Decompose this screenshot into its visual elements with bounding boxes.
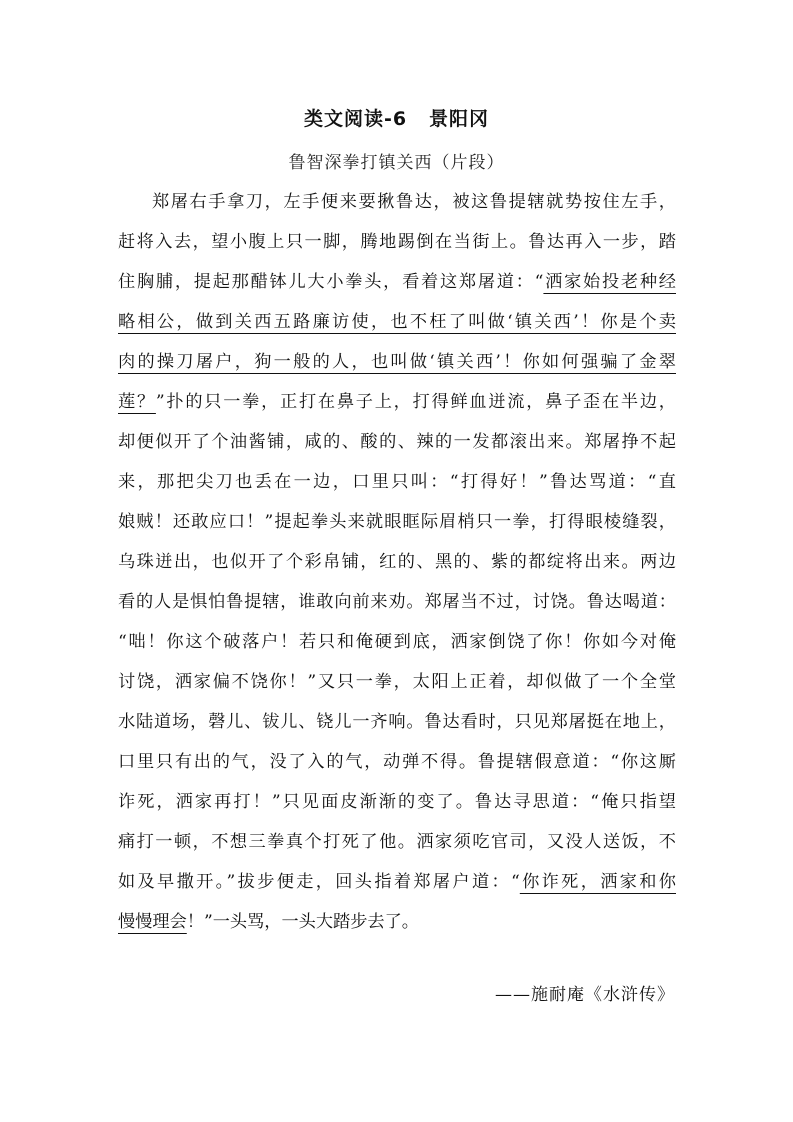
text-line: 肉的操刀屠户，狗一般的人，也叫做‘镇关西’！你如何强骗了金翠 bbox=[118, 342, 676, 382]
text-line: 郑屠右手拿刀，左手便来要揪鲁达，被这鲁提辖就势按住左手， bbox=[118, 182, 676, 222]
plain-text: ”扑的只一拳，正打在鼻子上，打得鲜血迸流，鼻子歪在半边， bbox=[156, 392, 676, 412]
plain-text: 郑屠右手拿刀，左手便来要揪鲁达，被这鲁提辖就势按住左手， bbox=[152, 192, 676, 212]
plain-text: 赶将入去，望小腹上只一脚，腾地踢倒在当街上。鲁达再入一步，踏 bbox=[118, 232, 676, 252]
plain-text: ！”一头骂，一头大踏步去了。 bbox=[187, 912, 419, 932]
plain-text: 讨饶，洒家偏不饶你！”又只一拳，太阳上正着，却似做了一个全堂 bbox=[118, 672, 676, 692]
text-line-content: 略相公，做到关西五路廉访使，也不枉了叫做‘镇关西’！你是个卖 bbox=[118, 302, 676, 342]
plain-text: 娘贼！还敢应口！”提起拳头来就眼眶际眉梢只一拳，打得眼棱缝裂， bbox=[118, 512, 676, 532]
plain-text: 诈死，洒家再打！”只见面皮渐渐的变了。鲁达寻思道：“俺只指望 bbox=[118, 792, 676, 812]
page-title: 类文阅读-6景阳冈 bbox=[0, 104, 793, 131]
text-line-content: 看的人是惧怕鲁提辖，谁敢向前来劝。郑屠当不过，讨饶。鲁达喝道： bbox=[118, 582, 676, 622]
text-line-content: 如及早撒开。”拔步便走，回头指着郑屠户道：“你诈死，洒家和你 bbox=[118, 862, 676, 902]
text-line: 水陆道场，磬儿、钹儿、铙儿一齐响。鲁达看时，只见郑屠挺在地上， bbox=[118, 702, 676, 742]
plain-text: 如及早撒开。”拔步便走，回头指着郑屠户道：“ bbox=[118, 872, 520, 892]
text-line-content: 来，那把尖刀也丢在一边，口里只叫：“打得好！”鲁达骂道：“直 bbox=[118, 462, 676, 502]
underlined-text: 你诈死，洒家和你 bbox=[520, 872, 676, 892]
text-line: 赶将入去，望小腹上只一脚，腾地踢倒在当街上。鲁达再入一步，踏 bbox=[118, 222, 676, 262]
plain-text: 口里只有出的气，没了入的气，动弹不得。鲁提辖假意道：“你这厮 bbox=[118, 752, 676, 772]
text-line: 娘贼！还敢应口！”提起拳头来就眼眶际眉梢只一拳，打得眼棱缝裂， bbox=[118, 502, 676, 542]
text-line-content: 慢慢理会！”一头骂，一头大踏步去了。 bbox=[118, 902, 676, 942]
text-line: 慢慢理会！”一头骂，一头大踏步去了。 bbox=[118, 902, 676, 942]
plain-text: “咄！你这个破落户！若只和俺硬到底，洒家倒饶了你！你如今对俺 bbox=[118, 632, 676, 652]
text-line: 如及早撒开。”拔步便走，回头指着郑屠户道：“你诈死，洒家和你 bbox=[118, 862, 676, 902]
text-line-content: 诈死，洒家再打！”只见面皮渐渐的变了。鲁达寻思道：“俺只指望 bbox=[118, 782, 676, 822]
title-series: 类文阅读-6 bbox=[304, 108, 407, 130]
text-line-content: 却便似开了个油酱铺，咸的、酸的、辣的一发都滚出来。郑屠挣不起 bbox=[118, 422, 676, 462]
plain-text: 却便似开了个油酱铺，咸的、酸的、辣的一发都滚出来。郑屠挣不起 bbox=[118, 432, 676, 452]
underlined-text: 洒家始投老种经 bbox=[543, 272, 676, 292]
text-line: 诈死，洒家再打！”只见面皮渐渐的变了。鲁达寻思道：“俺只指望 bbox=[118, 782, 676, 822]
text-line: 来，那把尖刀也丢在一边，口里只叫：“打得好！”鲁达骂道：“直 bbox=[118, 462, 676, 502]
underlined-text: 略相公，做到关西五路廉访使，也不枉了叫做‘镇关西’！你是个卖 bbox=[118, 312, 676, 332]
text-line-content: 娘贼！还敢应口！”提起拳头来就眼眶际眉梢只一拳，打得眼棱缝裂， bbox=[118, 502, 676, 542]
text-line: 略相公，做到关西五路廉访使，也不枉了叫做‘镇关西’！你是个卖 bbox=[118, 302, 676, 342]
text-line-content: 乌珠迸出，也似开了个彩帛铺，红的、黑的、紫的都绽将出来。两边 bbox=[118, 542, 676, 582]
text-line: 痛打一顿，不想三拳真个打死了他。洒家须吃官司，又没人送饭，不 bbox=[118, 822, 676, 862]
text-line: 住胸脯，提起那醋钵儿大小拳头，看着这郑屠道：“洒家始投老种经 bbox=[118, 262, 676, 302]
text-line: 莲？”扑的只一拳，正打在鼻子上，打得鲜血迸流，鼻子歪在半边， bbox=[118, 382, 676, 422]
text-line: 看的人是惧怕鲁提辖，谁敢向前来劝。郑屠当不过，讨饶。鲁达喝道： bbox=[118, 582, 676, 622]
text-line: 口里只有出的气，没了入的气，动弹不得。鲁提辖假意道：“你这厮 bbox=[118, 742, 676, 782]
text-line: 讨饶，洒家偏不饶你！”又只一拳，太阳上正着，却似做了一个全堂 bbox=[118, 662, 676, 702]
text-line-content: 讨饶，洒家偏不饶你！”又只一拳，太阳上正着，却似做了一个全堂 bbox=[118, 662, 676, 702]
text-line-content: 住胸脯，提起那醋钵儿大小拳头，看着这郑屠道：“洒家始投老种经 bbox=[118, 262, 676, 302]
plain-text: 乌珠迸出，也似开了个彩帛铺，红的、黑的、紫的都绽将出来。两边 bbox=[118, 552, 676, 572]
text-line-content: 肉的操刀屠户，狗一般的人，也叫做‘镇关西’！你如何强骗了金翠 bbox=[118, 342, 676, 382]
text-line-content: 水陆道场，磬儿、钹儿、铙儿一齐响。鲁达看时，只见郑屠挺在地上， bbox=[118, 702, 676, 742]
underlined-text: 肉的操刀屠户，狗一般的人，也叫做‘镇关西’！你如何强骗了金翠 bbox=[118, 352, 676, 372]
plain-text: 水陆道场，磬儿、钹儿、铙儿一齐响。鲁达看时，只见郑屠挺在地上， bbox=[118, 712, 676, 732]
text-line-content: “咄！你这个破落户！若只和俺硬到底，洒家倒饶了你！你如今对俺 bbox=[118, 622, 676, 662]
title-lesson: 景阳冈 bbox=[429, 108, 489, 130]
plain-text: 看的人是惧怕鲁提辖，谁敢向前来劝。郑屠当不过，讨饶。鲁达喝道： bbox=[118, 592, 676, 612]
text-line-content: 赶将入去，望小腹上只一脚，腾地踢倒在当街上。鲁达再入一步，踏 bbox=[118, 222, 676, 262]
attribution: ——施耐庵《水浒传》 bbox=[495, 980, 675, 1005]
plain-text: 痛打一顿，不想三拳真个打死了他。洒家须吃官司，又没人送饭，不 bbox=[118, 832, 676, 852]
text-line: 乌珠迸出，也似开了个彩帛铺，红的、黑的、紫的都绽将出来。两边 bbox=[118, 542, 676, 582]
passage-subtitle: 鲁智深拳打镇关西（片段） bbox=[0, 148, 793, 173]
passage-body: 郑屠右手拿刀，左手便来要揪鲁达，被这鲁提辖就势按住左手，赶将入去，望小腹上只一脚… bbox=[118, 182, 676, 942]
text-line-content: 莲？”扑的只一拳，正打在鼻子上，打得鲜血迸流，鼻子歪在半边， bbox=[118, 382, 676, 422]
text-line: 却便似开了个油酱铺，咸的、酸的、辣的一发都滚出来。郑屠挣不起 bbox=[118, 422, 676, 462]
text-line-content: 郑屠右手拿刀，左手便来要揪鲁达，被这鲁提辖就势按住左手， bbox=[152, 182, 676, 222]
underlined-text: 慢慢理会 bbox=[118, 912, 187, 932]
text-line-content: 痛打一顿，不想三拳真个打死了他。洒家须吃官司，又没人送饭，不 bbox=[118, 822, 676, 862]
text-line: “咄！你这个破落户！若只和俺硬到底，洒家倒饶了你！你如今对俺 bbox=[118, 622, 676, 662]
text-line-content: 口里只有出的气，没了入的气，动弹不得。鲁提辖假意道：“你这厮 bbox=[118, 742, 676, 782]
plain-text: 来，那把尖刀也丢在一边，口里只叫：“打得好！”鲁达骂道：“直 bbox=[118, 472, 676, 492]
underlined-text: 莲？ bbox=[118, 392, 156, 412]
plain-text: 住胸脯，提起那醋钵儿大小拳头，看着这郑屠道：“ bbox=[118, 272, 543, 292]
